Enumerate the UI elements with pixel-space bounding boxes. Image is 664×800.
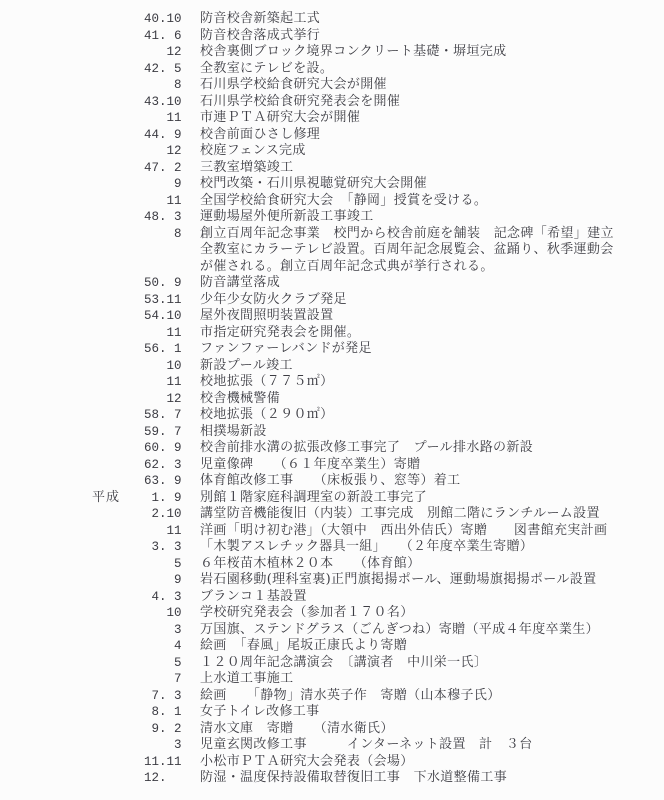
entry-date: 11	[144, 325, 186, 342]
list-item: 3万国旗、ステンドグラス（ごんぎつね）寄贈（平成４年度卒業生）	[0, 622, 664, 639]
entry-date: 12.	[144, 770, 186, 787]
list-item: 全教室にカラーテレビ設置。百周年記念展覧会、盆踊り、秋季運動会	[0, 242, 664, 259]
list-item: 5６年桜苗木植林２０本 （体育館）	[0, 556, 664, 573]
entry-text: 体育館改修工事 （床板張り、窓等）着工	[200, 473, 461, 490]
entry-date: 63. 9	[144, 473, 186, 490]
list-item: 12校舎機械警備	[0, 391, 664, 408]
entry-date: 4	[144, 638, 186, 655]
list-item: 43.10石川県学校給食研究発表会を開催	[0, 94, 664, 111]
entry-date: 2.10	[144, 506, 186, 523]
list-item: 3. 3「木製アスレチック器具一組」 （２年度卒業生寄贈）	[0, 539, 664, 556]
chronology-list: 40.10防音校舎新築起工式41. 6防音校舎落成式挙行 12校舎裏側ブロック境…	[0, 11, 664, 787]
entry-text: 小松市ＰＴＡ研究大会発表（会場）	[200, 754, 414, 771]
list-item: 4絵画 「春風」尾坂正康氏より寄贈	[0, 638, 664, 655]
entry-text: 市指定研究発表会を開催。	[200, 325, 360, 342]
list-item: 11全国学校給食研究大会 「静岡」授賞を受ける。	[0, 193, 664, 210]
list-item: が催される。創立百周年記念式典が挙行される。	[0, 259, 664, 276]
entry-date: 10	[144, 605, 186, 622]
entry-date: 8	[144, 77, 186, 94]
entry-date: 8. 1	[144, 704, 186, 721]
entry-text: 市連ＰＴＡ研究大会が開催	[200, 110, 360, 127]
entry-date: 62. 3	[144, 457, 186, 474]
entry-text: 創立百周年記念事業 校門から校舎前庭を舗装 記念碑「希望」建立	[200, 226, 614, 243]
list-item: 12.防湿・温度保持設備取替復旧工事 下水道整備工事	[0, 770, 664, 787]
entry-text: 絵画 「静物」清水英子作 寄贈（山本穆子氏）	[200, 688, 501, 705]
list-item: 60. 9校舎前排水溝の拡張改修工事完了 プール排水路の新設	[0, 440, 664, 457]
entry-date: 50. 9	[144, 275, 186, 292]
list-item: 2.10講堂防音機能復旧（内装）工事完成 別館二階にランチルーム設置	[0, 506, 664, 523]
list-item: 12校舎裏側ブロック境界コンクリート基礎・塀垣完成	[0, 44, 664, 61]
list-item: 11.11小松市ＰＴＡ研究大会発表（会場）	[0, 754, 664, 771]
entry-date: 43.10	[144, 94, 186, 111]
list-item: 8創立百周年記念事業 校門から校舎前庭を舗装 記念碑「希望」建立	[0, 226, 664, 243]
entry-text: 校舎機械警備	[200, 391, 280, 408]
entry-date: 12	[144, 44, 186, 61]
list-item: 50. 9防音講堂落成	[0, 275, 664, 292]
entry-date: 40.10	[144, 11, 186, 28]
entry-text: 校門改築・石川県視聴覚研究大会開催	[200, 176, 427, 193]
entry-text: 万国旗、ステンドグラス（ごんぎつね）寄贈（平成４年度卒業生）	[200, 622, 599, 639]
entry-date: 53.11	[144, 292, 186, 309]
entry-text: 石川県学校給食研究大会が開催	[200, 77, 387, 94]
era-label: 平成	[92, 490, 144, 507]
list-item: 48. 3運動場屋外便所新設工事竣工	[0, 209, 664, 226]
entry-date: 58. 7	[144, 407, 186, 424]
entry-date: 47. 2	[144, 160, 186, 177]
entry-text: 運動場屋外便所新設工事竣工	[200, 209, 374, 226]
entry-text: ブランコ１基設置	[200, 589, 307, 606]
entry-date: 11	[144, 193, 186, 210]
list-item: 4. 3ブランコ１基設置	[0, 589, 664, 606]
entry-text: が催される。創立百周年記念式典が挙行される。	[200, 259, 494, 276]
entry-text: 校舎裏側ブロック境界コンクリート基礎・塀垣完成	[200, 44, 507, 61]
entry-text: 全教室にテレビを設。	[200, 61, 333, 78]
entry-date: 9	[144, 176, 186, 193]
entry-date: 12	[144, 391, 186, 408]
entry-date: 3	[144, 737, 186, 754]
list-item: 平成 1. 9別館１階家庭科調理室の新設工事完了	[0, 490, 664, 507]
entry-text: 新設プール竣工	[200, 358, 293, 375]
entry-text: 学校研究発表会（参加者１７０名）	[200, 605, 414, 622]
list-item: 12校庭フェンス完成	[0, 143, 664, 160]
entry-date: 44. 9	[144, 127, 186, 144]
list-item: 7. 3絵画 「静物」清水英子作 寄贈（山本穆子氏）	[0, 688, 664, 705]
list-item: 58. 7校地拡張（２９０㎡）	[0, 407, 664, 424]
entry-date: 1. 9	[144, 490, 186, 507]
entry-text: 少年少女防火クラブ発足	[200, 292, 347, 309]
list-item: 3児童玄関改修工事 インターネット設置 計 ３台	[0, 737, 664, 754]
entry-date: 7. 3	[144, 688, 186, 705]
list-item: 10学校研究発表会（参加者１７０名）	[0, 605, 664, 622]
entry-text: 防音校舎新築起工式	[200, 11, 320, 28]
list-item: 62. 3児童像碑 （６１年度卒業生）寄贈	[0, 457, 664, 474]
entry-text: 講堂防音機能復旧（内装）工事完成 別館二階にランチルーム設置	[200, 506, 600, 523]
list-item: 47. 2三教室増築竣工	[0, 160, 664, 177]
entry-date: 42. 5	[144, 61, 186, 78]
list-item: 7上水道工事施工	[0, 671, 664, 688]
entry-date: 5	[144, 556, 186, 573]
entry-text: 防音校舎落成式挙行	[200, 28, 320, 45]
entry-date: 9. 2	[144, 721, 186, 738]
entry-text: 校庭フェンス完成	[200, 143, 306, 160]
entry-date: 11	[144, 374, 186, 391]
entry-text: 相撲場新設	[200, 424, 267, 441]
entry-date: 12	[144, 143, 186, 160]
entry-text: 「木製アスレチック器具一組」 （２年度卒業生寄贈）	[200, 539, 533, 556]
list-item: 10新設プール竣工	[0, 358, 664, 375]
entry-text: 校地拡張（２９０㎡）	[200, 407, 334, 424]
list-item: 41. 6防音校舎落成式挙行	[0, 28, 664, 45]
list-item: 59. 7相撲場新設	[0, 424, 664, 441]
list-item: 56. 1ファンファーレバンドが発足	[0, 341, 664, 358]
entry-text: 校舎前排水溝の拡張改修工事完了 プール排水路の新設	[200, 440, 533, 457]
entry-text: 別館１階家庭科調理室の新設工事完了	[200, 490, 427, 507]
list-item: 40.10防音校舎新築起工式	[0, 11, 664, 28]
list-item: 11洋画「明け初む港」（大領中 西出外佶氏）寄贈 図書館充実計画	[0, 523, 664, 540]
list-item: 11市連ＰＴＡ研究大会が開催	[0, 110, 664, 127]
list-item: 9校門改築・石川県視聴覚研究大会開催	[0, 176, 664, 193]
list-item: 44. 9校舎前面ひさし修理	[0, 127, 664, 144]
entry-date: 3. 3	[144, 539, 186, 556]
list-item: 11市指定研究発表会を開催。	[0, 325, 664, 342]
entry-text: ６年桜苗木植林２０本 （体育館）	[200, 556, 420, 573]
entry-date: 56. 1	[144, 341, 186, 358]
entry-date: 5	[144, 655, 186, 672]
entry-text: 絵画 「春風」尾坂正康氏より寄贈	[200, 638, 407, 655]
list-item: 53.11少年少女防火クラブ発足	[0, 292, 664, 309]
entry-date: 11.11	[144, 754, 186, 771]
entry-date: 54.10	[144, 308, 186, 325]
entry-date: 48. 3	[144, 209, 186, 226]
entry-text: 全国学校給食研究大会 「静岡」授賞を受ける。	[200, 193, 487, 210]
entry-text: ファンファーレバンドが発足	[200, 341, 372, 358]
entry-date: 7	[144, 671, 186, 688]
entry-date: 59. 7	[144, 424, 186, 441]
list-item: 42. 5全教室にテレビを設。	[0, 61, 664, 78]
entry-text: 上水道工事施工	[200, 671, 293, 688]
entry-text: 石川県学校給食研究発表会を開催	[200, 94, 400, 111]
list-item: 11校地拡張（７７５㎡）	[0, 374, 664, 391]
entry-date: 11	[144, 523, 186, 540]
document-page: 40.10防音校舎新築起工式41. 6防音校舎落成式挙行 12校舎裏側ブロック境…	[0, 0, 664, 800]
entry-date: 11	[144, 110, 186, 127]
list-item: 8. 1女子トイレ改修工事	[0, 704, 664, 721]
list-item: 5１２０周年記念講演会 〔講演者 中川栄一氏〕	[0, 655, 664, 672]
entry-text: 清水文庫 寄贈 （清水衛氏）	[200, 721, 394, 738]
entry-date: 10	[144, 358, 186, 375]
entry-date: 3	[144, 622, 186, 639]
list-item: 63. 9体育館改修工事 （床板張り、窓等）着工	[0, 473, 664, 490]
entry-text: 全教室にカラーテレビ設置。百周年記念展覧会、盆踊り、秋季運動会	[200, 242, 614, 259]
entry-date: 9	[144, 572, 186, 589]
list-item: 54.10屋外夜間照明装置設置	[0, 308, 664, 325]
entry-text: 防湿・温度保持設備取替復旧工事 下水道整備工事	[200, 770, 507, 787]
entry-text: 校地拡張（７７５㎡）	[200, 374, 334, 391]
entry-text: １２０周年記念講演会 〔講演者 中川栄一氏〕	[200, 655, 487, 672]
entry-text: 屋外夜間照明装置設置	[200, 308, 334, 325]
entry-text: 児童玄関改修工事 インターネット設置 計 ３台	[200, 737, 533, 754]
entry-date: 8	[144, 226, 186, 243]
entry-text: 校舎前面ひさし修理	[200, 127, 320, 144]
entry-text: 三教室増築竣工	[200, 160, 293, 177]
list-item: 8石川県学校給食研究大会が開催	[0, 77, 664, 94]
entry-text: 防音講堂落成	[200, 275, 280, 292]
list-item: 9岩石園移動(理科室裏)正門旗掲揚ポール、運動場旗掲揚ポール設置	[0, 572, 664, 589]
entry-date: 4. 3	[144, 589, 186, 606]
entry-text: 洋画「明け初む港」（大領中 西出外佶氏）寄贈 図書館充実計画	[200, 523, 607, 540]
entry-text: 岩石園移動(理科室裏)正門旗掲揚ポール、運動場旗掲揚ポール設置	[200, 572, 596, 589]
entry-date: 60. 9	[144, 440, 186, 457]
list-item: 9. 2清水文庫 寄贈 （清水衛氏）	[0, 721, 664, 738]
entry-text: 女子トイレ改修工事	[200, 704, 320, 721]
entry-text: 児童像碑 （６１年度卒業生）寄贈	[200, 457, 420, 474]
entry-date: 41. 6	[144, 28, 186, 45]
